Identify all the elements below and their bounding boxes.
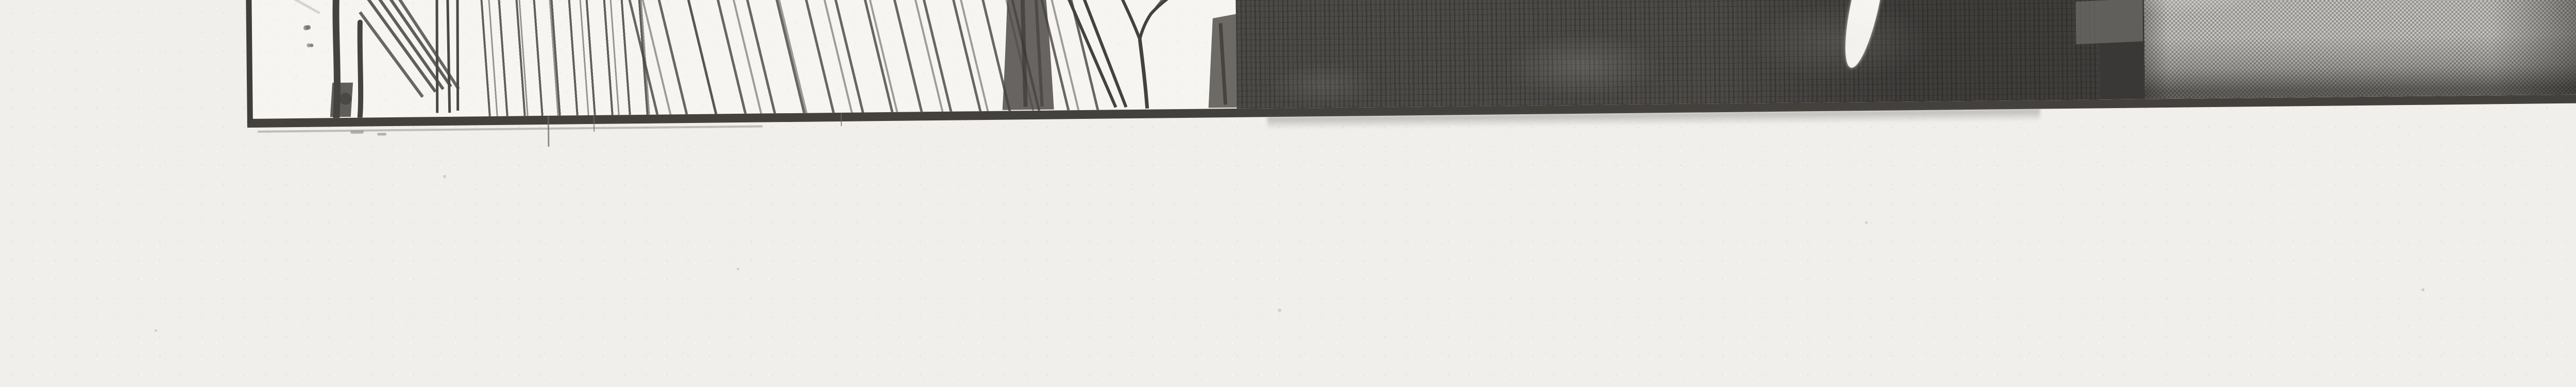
stray-stem-line <box>594 115 595 132</box>
branch-art <box>993 0 1273 111</box>
panel-strip <box>246 0 2576 184</box>
ink-dash <box>350 131 364 134</box>
stray-stem-line <box>841 113 842 126</box>
dark-foliage-mass <box>1235 0 2100 109</box>
vertical-grass-lines <box>478 0 659 116</box>
grass-scribble-art <box>282 0 485 118</box>
paper-fleck <box>737 268 739 270</box>
ink-dash <box>377 133 386 135</box>
white-gap-sliver <box>1837 0 1890 71</box>
page-background: { "meta": { "title": "Scanned black-and-… <box>0 0 2576 387</box>
paper-fleck <box>443 175 446 178</box>
stray-stem-line <box>548 116 550 147</box>
paper-fleck <box>1278 309 1281 312</box>
paper-fleck <box>1865 221 1868 224</box>
comic-panel <box>246 0 2576 128</box>
paper-fleck <box>2421 288 2425 291</box>
paper-fleck <box>155 329 157 332</box>
slit-highlight-band <box>2098 0 2145 99</box>
gray-wedge <box>2076 0 2143 44</box>
cylinder-object <box>2144 0 2576 99</box>
